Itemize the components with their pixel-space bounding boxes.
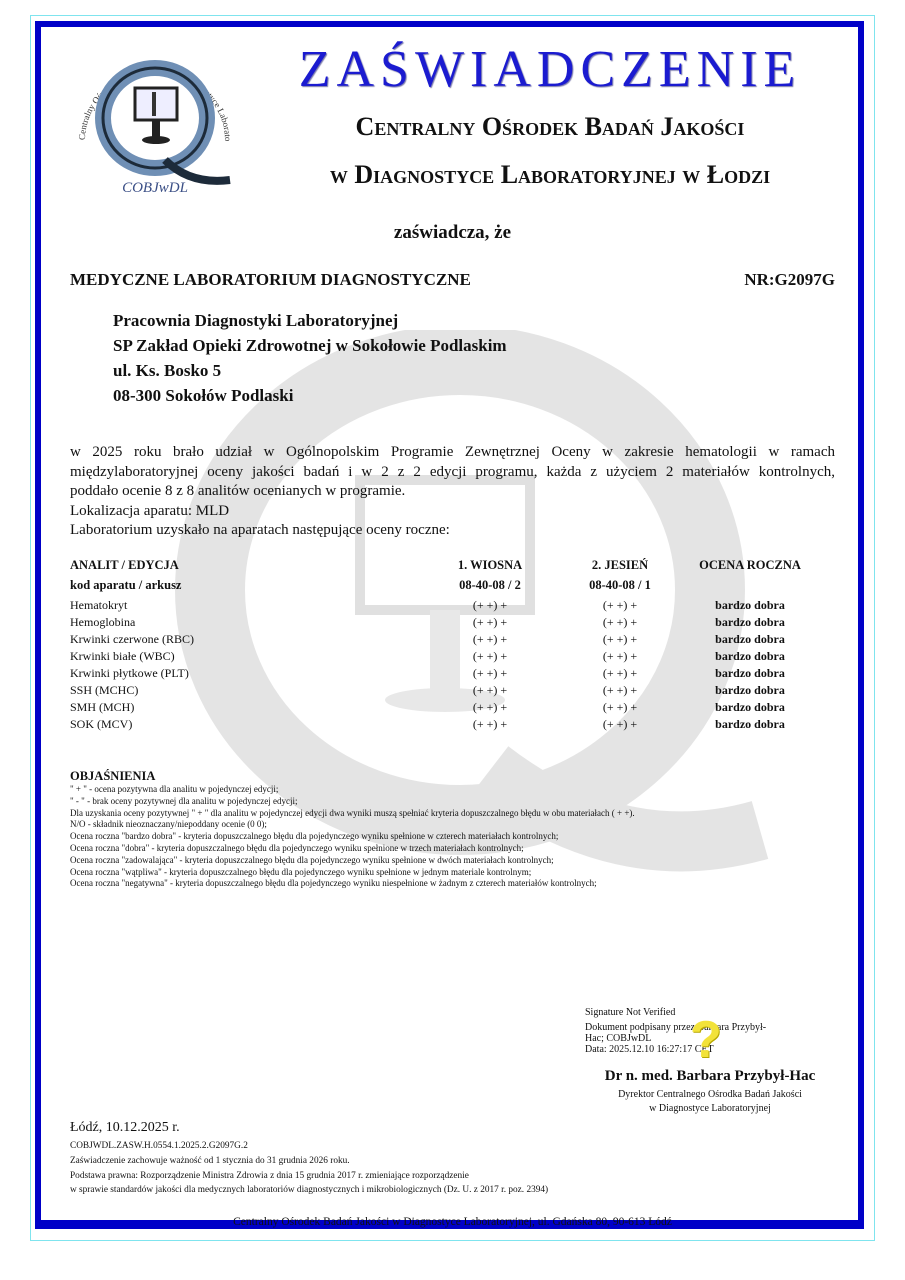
table-subheader-row: kod aparatu / arkusz 08-40-08 / 2 08-40-… [70,578,840,598]
annual-grade: bardzo dobra [680,700,820,715]
footer-address: Centralny Ośrodek Badań Jakości w Diagno… [0,1216,905,1228]
explanation-line: N/O - składnik nieoznaczany/niepoddany o… [70,819,850,831]
body-line: w 2025 roku brało udział w Ogólnopolskim… [70,443,835,463]
analyte-name: SSH (MCHC) [70,683,138,698]
explanation-line: " + " - ocena pozytywna dla analitu w po… [70,784,850,796]
autumn-result: (+ +) + [570,700,670,715]
place-date: Łódź, 10.12.2025 r. [70,1120,830,1136]
table-row: Krwinki płytkowe (PLT)(+ +) +(+ +) +bard… [70,666,840,683]
address-line: 08-300 Sokołów Podlaski [113,383,507,408]
body-line: międzylaboratoryjnej oceny jakości badań… [70,463,835,483]
table-row: SMH (MCH)(+ +) +(+ +) +bardzo dobra [70,700,840,717]
analyte-name: SOK (MCV) [70,717,132,732]
spring-result: (+ +) + [440,717,540,732]
explanation-line: Ocena roczna "zadowalająca" - kryteria d… [70,855,850,867]
director-role-line: w Diagnostyce Laboratoryjnej [570,1102,850,1116]
explanation-line: Ocena roczna "negatywna" - kryteria dopu… [70,878,850,890]
autumn-result: (+ +) + [570,598,670,613]
address-line: SP Zakład Opieki Zdrowotnej w Sokołowie … [113,333,507,358]
autumn-result: (+ +) + [570,649,670,664]
header-annual-grade: OCENA ROCZNA [680,558,820,573]
director-role: Dyrektor Centralnego Ośrodka Badań Jakoś… [570,1088,850,1116]
annual-grade: bardzo dobra [680,717,820,732]
document-code: COBJWDL.ZASW.H.0554.1.2025.2.G2097G.2 [70,1141,830,1151]
spring-result: (+ +) + [440,683,540,698]
certifies-text: zaświadcza, że [0,222,905,244]
cobjwdl-logo-icon: Centralny Ośrodek Badań Jakości w Diagno… [60,30,250,200]
director-name: Dr n. med. Barbara Przybył-Hac [570,1068,850,1085]
annual-grade: bardzo dobra [680,598,820,613]
director-role-line: Dyrektor Centralnego Ośrodka Badań Jakoś… [570,1088,850,1102]
explanation-line: Ocena roczna "bardzo dobra" - kryteria d… [70,831,850,843]
autumn-result: (+ +) + [570,615,670,630]
subheader-autumn-code: 08-40-08 / 1 [570,578,670,593]
autumn-result: (+ +) + [570,632,670,647]
svg-text:COBJwDL: COBJwDL [122,180,188,196]
analyte-name: Krwinki czerwone (RBC) [70,632,194,647]
spring-result: (+ +) + [440,666,540,681]
subheader-spring-code: 08-40-08 / 2 [440,578,540,593]
explanations: OBJAŚNIENIA " + " - ocena pozytywna dla … [70,768,850,890]
organization-name-line1: Centralny Ośrodek Badań Jakości [255,112,845,142]
footer-info: Łódź, 10.12.2025 r. COBJWDL.ZASW.H.0554.… [70,1120,830,1198]
lab-type: MEDYCZNE LABORATORIUM DIAGNOSTYCZNE [70,270,471,290]
annual-grade: bardzo dobra [680,615,820,630]
annual-grade: bardzo dobra [680,666,820,681]
explanation-line: Ocena roczna "dobra" - kryteria dopuszcz… [70,843,850,855]
header-analyte: ANALIT / EDYCJA [70,558,179,573]
annual-grade: bardzo dobra [680,649,820,664]
certificate-body: w 2025 roku brało udział w Ogólnopolskim… [70,443,835,541]
analyte-name: Krwinki płytkowe (PLT) [70,666,189,681]
legal-basis: Podstawa prawna: Rozporządzenie Ministra… [70,1169,830,1184]
autumn-result: (+ +) + [570,683,670,698]
organization-name-line2: w Diagnostyce Laboratoryjnej w Łodzi [255,160,845,190]
explanation-line: Dla uzyskania oceny pozytywnej " + " dla… [70,808,850,820]
analyte-name: Hemoglobina [70,615,135,630]
autumn-result: (+ +) + [570,717,670,732]
device-location: Lokalizacja aparatu: MLD [70,502,835,522]
question-mark-icon: ? [690,1010,722,1070]
spring-result: (+ +) + [440,700,540,715]
lab-number: NR:G2097G [744,270,835,290]
body-line: Laboratorium uzyskało na aparatach nastę… [70,521,835,541]
table-row: Hemoglobina(+ +) +(+ +) +bardzo dobra [70,615,840,632]
table-row: Krwinki czerwone (RBC)(+ +) +(+ +) +bard… [70,632,840,649]
annual-grade: bardzo dobra [680,683,820,698]
analyte-name: Hematokryt [70,598,127,613]
director-block: Dr n. med. Barbara Przybył-Hac Dyrektor … [570,1068,850,1116]
results-table: ANALIT / EDYCJA 1. WIOSNA 2. JESIEŃ OCEN… [70,558,840,734]
table-row: Krwinki białe (WBC)(+ +) +(+ +) +bardzo … [70,649,840,666]
address-line: Pracownia Diagnostyki Laboratoryjnej [113,308,507,333]
spring-result: (+ +) + [440,598,540,613]
table-row: Hematokryt(+ +) +(+ +) +bardzo dobra [70,598,840,615]
table-header-row: ANALIT / EDYCJA 1. WIOSNA 2. JESIEŃ OCEN… [70,558,840,578]
explanation-line: Ocena roczna "wątpliwa" - kryteria dopus… [70,867,850,879]
header-spring: 1. WIOSNA [440,558,540,573]
lab-address: Pracownia Diagnostyki Laboratoryjnej SP … [113,308,507,408]
spring-result: (+ +) + [440,615,540,630]
analyte-name: Krwinki białe (WBC) [70,649,175,664]
subheader-device-code: kod aparatu / arkusz [70,578,181,593]
annual-grade: bardzo dobra [680,632,820,647]
body-line: poddało ocenie 8 z 8 analitów ocenianych… [70,482,835,502]
spring-result: (+ +) + [440,632,540,647]
spring-result: (+ +) + [440,649,540,664]
explanations-heading: OBJAŚNIENIA [70,768,850,784]
table-row: SOK (MCV)(+ +) +(+ +) +bardzo dobra [70,717,840,734]
analyte-name: SMH (MCH) [70,700,134,715]
header-autumn: 2. JESIEŃ [570,558,670,573]
address-line: ul. Ks. Bosko 5 [113,358,507,383]
validity-text: Zaświadczenie zachowuje ważność od 1 sty… [70,1154,830,1169]
table-row: SSH (MCHC)(+ +) +(+ +) +bardzo dobra [70,683,840,700]
legal-basis: w sprawie standardów jakości dla medyczn… [70,1183,830,1198]
explanation-line: " - " - brak oceny pozytywnej dla analit… [70,796,850,808]
certificate-title: ZAŚWIADCZENIE [255,40,845,99]
autumn-result: (+ +) + [570,666,670,681]
